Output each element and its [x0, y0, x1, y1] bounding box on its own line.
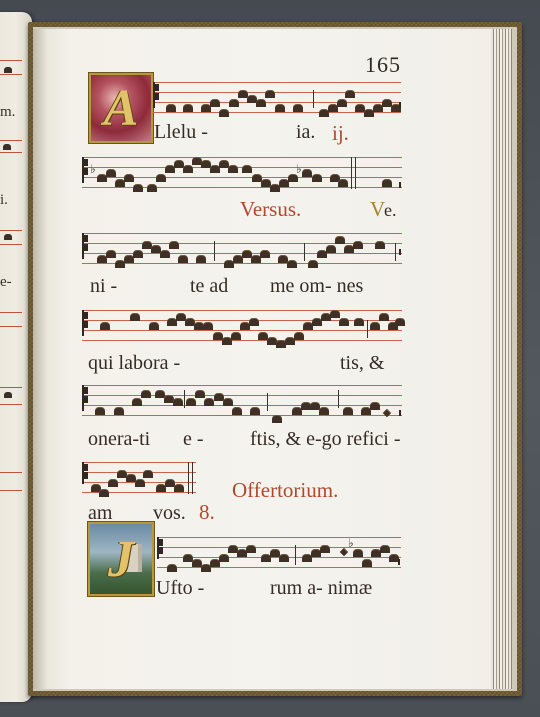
lyric-line-3b: te ad	[190, 275, 228, 298]
lyric-line-1a: Llelu -	[154, 121, 208, 144]
left-page-fragment: i.	[0, 192, 8, 209]
initial-letter: J	[90, 524, 152, 594]
lyric-line-3c: me om- nes	[270, 275, 363, 298]
lyric-line-4a: qui labora -	[88, 352, 180, 375]
lyric-line-4b: tis, &	[340, 352, 384, 375]
lyric-line-1b: ia.	[296, 121, 315, 144]
staff-5	[82, 385, 402, 417]
staff-2: ♭ ♭	[82, 157, 402, 189]
lyric-line-3a: ni -	[90, 275, 117, 298]
staff-4	[82, 310, 402, 342]
lyric-line-5b: e -	[183, 428, 204, 451]
staff-6	[82, 462, 196, 494]
left-page-fragment: m.	[0, 104, 15, 121]
staff-7: ♭	[157, 537, 401, 569]
initial-letter: A	[91, 75, 151, 141]
illuminated-initial-a: A	[89, 73, 153, 143]
staff-1	[153, 82, 401, 114]
rubric-ij: ij.	[332, 121, 349, 146]
lyric-line-2: e.	[384, 200, 397, 221]
lyric-line-5c: ftis, & e-go refici -	[250, 428, 401, 451]
staff-3	[82, 233, 402, 265]
left-page-fragment: e-	[0, 274, 12, 291]
gold-initial-v: V	[370, 197, 385, 222]
lyric-line-7a: Ufto -	[156, 577, 204, 600]
lyric-line-5a: onera-ti	[88, 428, 150, 451]
page-number: 165	[365, 52, 401, 78]
lyric-line-6b: vos.	[153, 502, 186, 525]
page-fore-edge	[488, 29, 512, 689]
rubric-offertorium: Offertorium.	[232, 478, 338, 503]
rubric-versus: Versus.	[240, 197, 301, 222]
lyric-line-7b: rum a- nimæ	[270, 577, 372, 600]
gutter-shadow	[33, 29, 47, 689]
rubric-mode-number: 8.	[199, 500, 215, 525]
illuminated-initial-j: J	[88, 522, 154, 596]
